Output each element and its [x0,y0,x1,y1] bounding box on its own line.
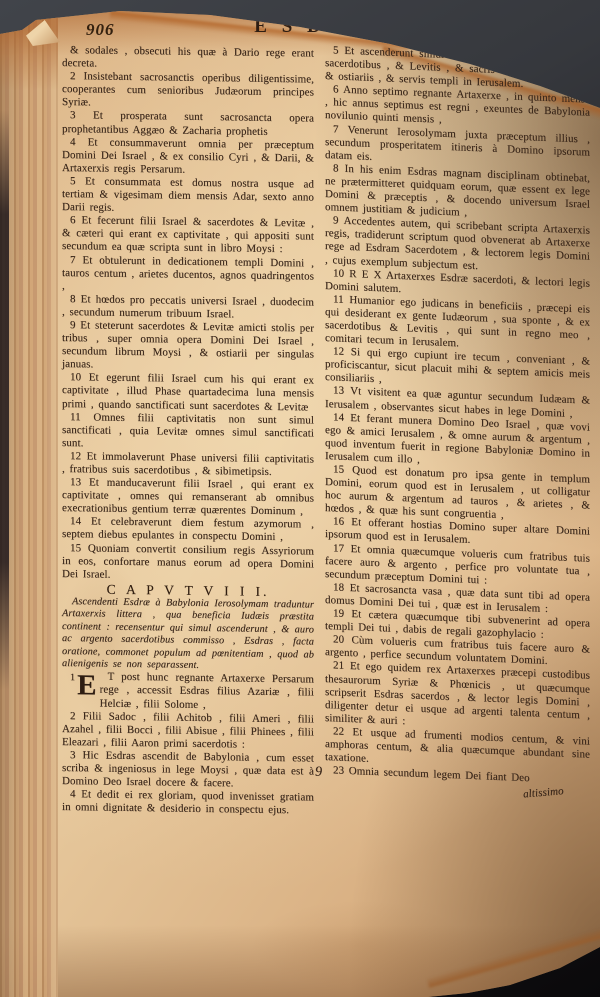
verse-paragraph: 21 Et ego quidem rex Artaxerxes præcepi … [325,659,590,735]
verse-paragraph: 8 Et hœdos pro peccatis universi Israel … [62,293,314,323]
verse-paragraph: 2 Insistebant sacrosanctis operibus dili… [62,70,314,113]
verse-paragraph: 15 Quoniam convertit consilium regis Ass… [62,542,314,585]
verse-paragraph: 4 Et consummaverunt omnia per præceptum … [62,136,314,179]
verse-paragraph: 2 Filii Sadoc , filii Achitob , filii Am… [62,710,314,753]
verse-paragraph: 4 Et dedit ei rex gloriam, quod inveniss… [62,788,314,818]
verse-paragraph: 13 Et manducaverunt filii Israel , qui e… [62,476,314,519]
signature-mark: 9 [315,766,322,779]
verse-paragraph: 3 Et prosperata sunt sacrosancta opera p… [62,109,314,139]
verse-paragraph: 14 Et celebraverunt diem festum azymorum… [62,515,314,545]
verse-paragraph: 3 Hic Esdras ascendit de Babylonia , cum… [62,749,314,792]
verse-paragraph: 6 Et fecerunt filii Israel & sacerdotes … [62,214,314,257]
book-page: 906 E S D R Æ. & sodales , obsecuti his … [0,0,600,997]
catchword: altissimo [523,785,565,801]
drop-cap: 1E [62,671,97,699]
page-header: 906 E S D R Æ. [62,14,590,44]
bottom-right-edge-rim [427,923,600,988]
running-title: E S D R Æ. [62,16,590,38]
verse-paragraph: 12 Et immolaverunt Phase universi filii … [62,450,314,480]
verse-paragraph: 5 Et consummata est domus nostra usque a… [62,175,314,218]
verse-paragraph-dropcap: 1ET post hunc regnante Artaxerxe Persaru… [62,670,314,713]
verse-paragraph: 11 Omnes filii captivitatis non sunt sim… [62,411,314,454]
chapter-argument: Ascendenti Esdræ à Babylonia Ierosolymam… [62,596,314,674]
verse-paragraph: & sodales , obsecuti his quæ à Dario reg… [62,44,314,74]
spine-shadow [0,110,9,690]
verse-paragraph: 7 Et obtulerunt in dedicationem templi D… [62,254,314,297]
verse-paragraph: 10 Et egerunt filii Israel cum his qui e… [62,371,314,414]
left-column: & sodales , obsecuti his quæ à Dario reg… [62,44,314,818]
verse-paragraph: 9 Et steterunt sacerdotes & Levitæ amict… [62,319,314,375]
printed-content: 906 E S D R Æ. & sodales , obsecuti his … [62,14,590,44]
right-column: 9 altissimo 5 Et ascenderunt simul cum i… [325,44,590,788]
book-photo: 906 E S D R Æ. & sodales , obsecuti his … [0,0,600,997]
